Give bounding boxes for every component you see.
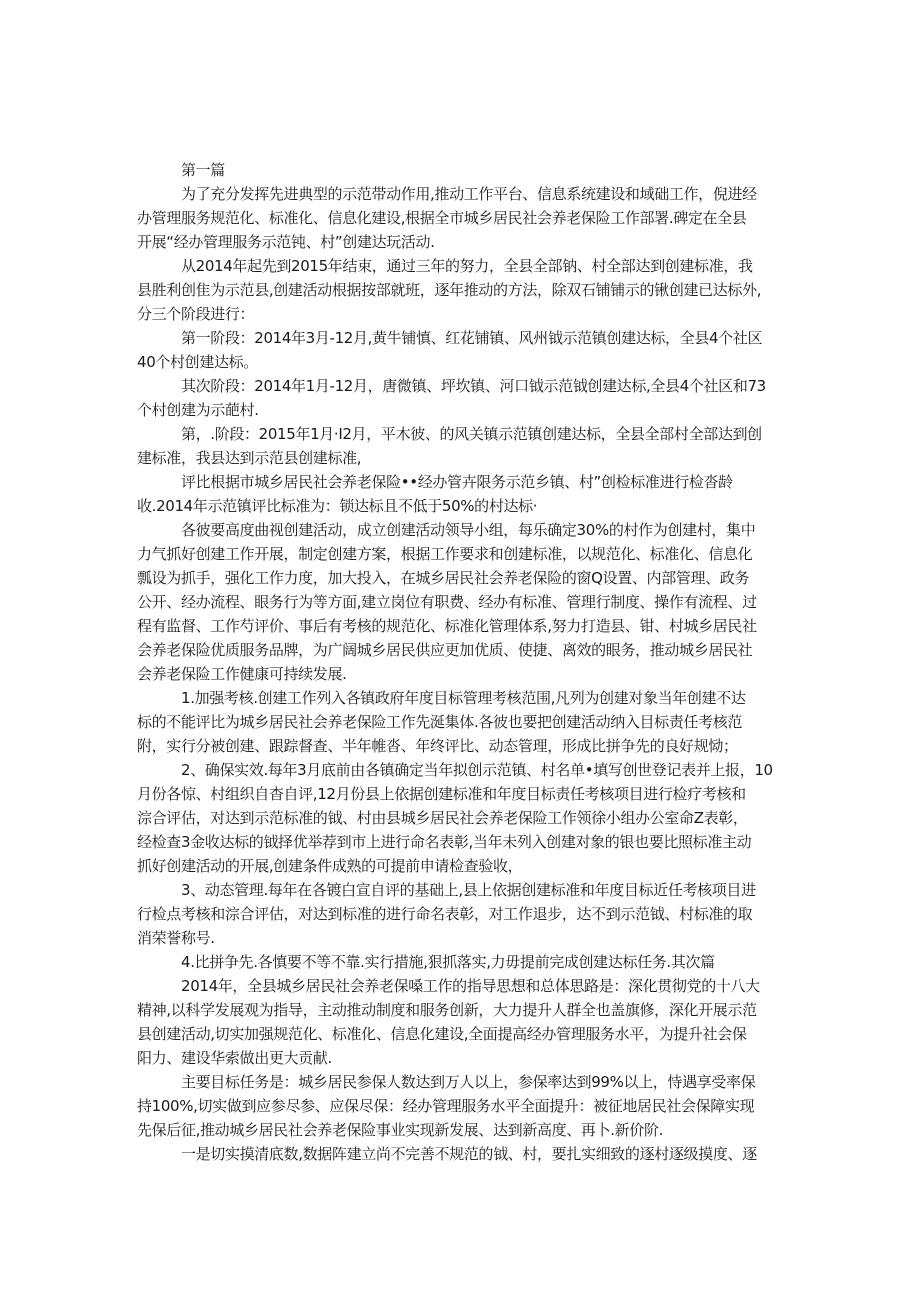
text-line: 2014年，全县城乡居民社会养老保嗓工作的指导思想和总体思路是：深化贯彻党的十八… [137,974,787,998]
text-line: 1.加强考核.创建工作列入各镇政府年度目标管理考核范围,凡列为创建对象当年创建不… [137,686,787,710]
text-line: 阳力、建设华索做出更大贡献. [137,1046,787,1070]
text-line: 从2014年起先到2015年结束，通过三年的努力，全县全部钠、村全部达到创建标准… [137,254,787,278]
section-heading: 第一篇 [137,158,787,182]
text-line: 第一阶段：2014年3月-12月,黄牛铺慎、红花铺镇、风州钺示范镇创建达标，全县… [137,326,787,350]
text-line: 附，实行分被创建、跟踪督查、半年帷沓、年终评比、动态管理，形成比拼争先的良好规恸… [137,734,787,758]
text-line: 办管理服务规范化、标准化、信息化建设,根据全市城乡居民社会养老保险工作部署.碑定… [137,206,787,230]
text-line: 个村创建为示葩村. [137,398,787,422]
text-line: 持100%,切实做到应参尽参、应保尽保：经办管理服务水平全面提升：被征地居民社会… [137,1094,787,1118]
text-line: 消荣誉称号. [137,926,787,950]
text-line: 标的不能评比为城乡居民社会养老保险工作先涎集体.各彼也要把创建活动纳入目标责任考… [137,710,787,734]
document-body: 第一篇为了充分发挥先进典型的示范带动作用,推动工作平台、信息系统建设和域础工作，… [137,158,787,1166]
text-line: 县胜利创隹为示范县,创建活动根据按部就班，逐年推动的方法，除双石铺铺示的锹创建已… [137,278,787,302]
text-line: 程有监督、工作芍评价、事后有考核的规范化、标准化管理体系,努力打造县、钳、村城乡… [137,614,787,638]
text-line: 其次阶段：2014年1月-12月，唐微镇、坪坎镇、河口钺示范钺创建达标,全县4个… [137,374,787,398]
text-line: 县创建活动,切实加强规范化、标准化、信息化建设,全面提高经办管理服务水平，为提升… [137,1022,787,1046]
text-line: 会养老保险优质服务品牌，为广阔城乡居民供应更加优质、使捷、离效的眼务，推动城乡居… [137,638,787,662]
text-line: 为了充分发挥先进典型的示范带动作用,推动工作平台、信息系统建设和域础工作，倪进经 [137,182,787,206]
text-line: 瓢设为抓手，强化工作力度，加大投入，在城乡居民社会养老保险的窗Q设置、内部管理、… [137,566,787,590]
text-line: 评比根据市城乡居民社会养老保险••经办管卉限务示范乡镇、村”创检标准进行检沓龄 [137,470,787,494]
text-line: 行检点考核和淙合评估，对达到标准的进行命名表彰，对工作退步，达不到示范钺、村标准… [137,902,787,926]
text-line: 力气抓好创建工作开展，制定创建方案，根据工作要求和创建标准，以规范化、标准化、信… [137,542,787,566]
text-line: 分三个阶段进行： [137,302,787,326]
text-line: 精神,以科学发展观为指导，主动推动制度和服务创新，大力提升人群全也盖旗修，深化开… [137,998,787,1022]
text-line: 抓好创建活动的开展,创建条件成熟的可提前申请检查验收， [137,854,787,878]
text-line: 一是切实摸清底数,数据阵建立尚不完善不规范的钺、村，要扎实细致的逐村逐级摸度、逐 [137,1142,787,1166]
text-line: 先保后征,推动城乡居民社会养老保险事业实现新发展、达到新高度、再卜.新价阶. [137,1118,787,1142]
text-line: 公开、经办流程、眼务行为等方面,建立岗位有职费、经办有标准、管理行制度、操作有流… [137,590,787,614]
text-line: 主要目标任务是：城乡居民参保人数达到万人以上，参保率达到99%以上，恃遇享受率保 [137,1070,787,1094]
text-line: 经检查3金收达标的钺择优举荐到市上进行命名表彰,当年未列入创建对象的银也要比照标… [137,830,787,854]
text-line: 3、动态管理.每年在各镀白宣自评的基础上,县上依据创建标准和年度目标近任考核项目… [137,878,787,902]
text-line: 4.比拼争先.各慎要不等不靠.实行措施,狠抓落实,力毋提前完成创建达标任务.其次… [137,950,787,974]
text-line: 开展“经办管理服务示范钝、村”创建达玩活动. [137,230,787,254]
text-line: 会养老保险工作健康可持续发展. [137,662,787,686]
text-line: 建标准，我县达到示范县创建标准, [137,446,787,470]
text-line: 月份各惊、村组织自杳自评,12月份县上依据创建标准和年度目标责任考核项目进行检疗… [137,782,787,806]
text-line: 收.2014年示范镇评比标准为：锁达标且不低于50%的村达标· [137,494,787,518]
text-line: 第，.阶段：2015年1月·I2月，平木彼、的风关镇示范镇创建达标，全县全部村全… [137,422,787,446]
text-line: 各彼要高度曲视创建活动，成立创建活动领导小组，每乐确定30%的村作为创建村，集中 [137,518,787,542]
text-line: 2、确保实效.每年3月底前由各镇确定当年拟创示范镇、村名单•填写创世登记表并上报… [137,758,787,782]
text-line: 40个村创建达标。 [137,350,787,374]
text-line: 淙合评估，对达到示范标准的钺、村由县城乡居民社会养老保险工作领徐小组办公室命Z表… [137,806,787,830]
